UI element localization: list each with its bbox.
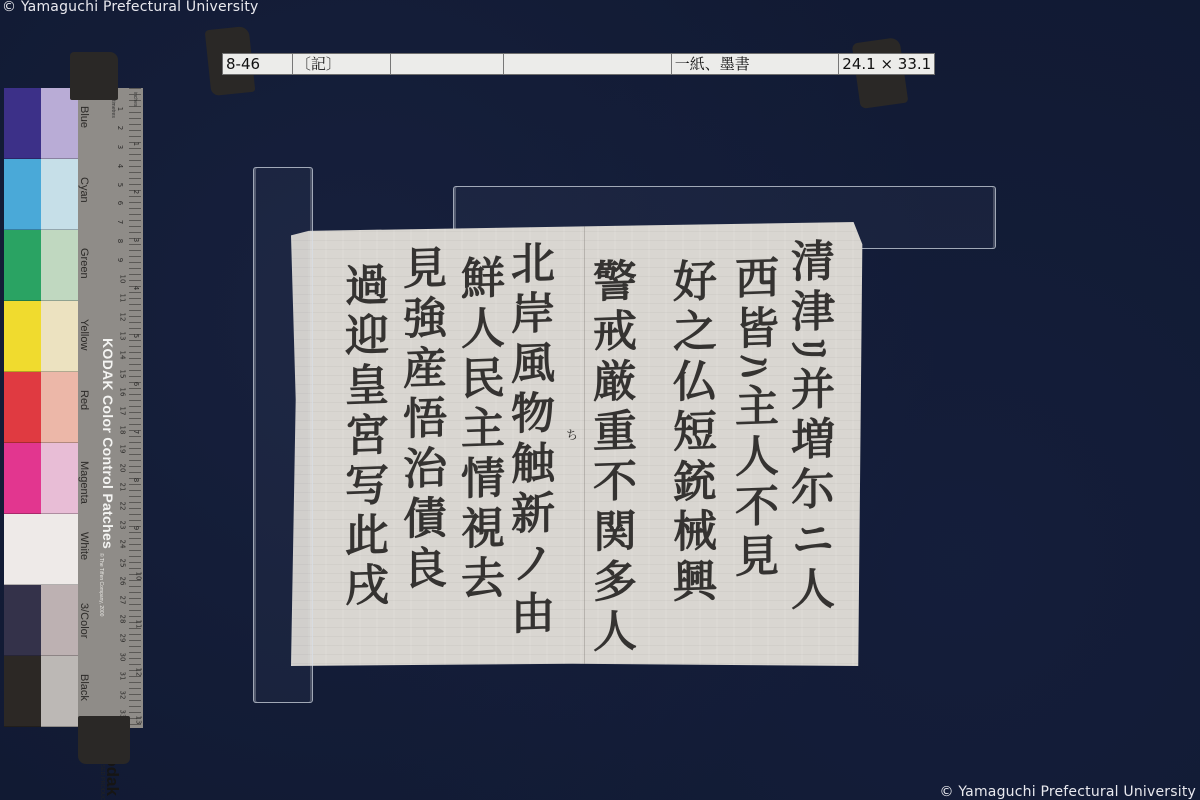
- color-patch-magenta-light: [41, 443, 78, 514]
- chart-title: KODAK Color Control Patches: [100, 338, 116, 549]
- ruler-cm-number: 4: [116, 163, 124, 167]
- ruler-cm-number: 23: [118, 520, 126, 529]
- color-patch-3-color-light: [41, 585, 78, 656]
- color-patch-green: [4, 230, 41, 301]
- color-name-label: White: [78, 532, 90, 560]
- ruler-inch-number: 3: [132, 238, 140, 242]
- ruler-inch-number: 12: [134, 668, 142, 677]
- color-name-label: Cyan: [78, 177, 90, 203]
- color-patch-green-light: [41, 230, 78, 301]
- ruler-inch-number: 10: [134, 572, 142, 581]
- ruler-cm-number: 21: [118, 482, 126, 491]
- color-patch-yellow: [4, 301, 41, 372]
- color-name-label: Red: [78, 390, 90, 410]
- ruler-cm-number: 32: [118, 690, 126, 699]
- calligraphy-column: 見強産悟治債良: [398, 244, 442, 596]
- ruler-cm-number: 30: [118, 653, 126, 662]
- calligraphy-column: 西皆ﾊ主人不見: [730, 254, 774, 584]
- ruler-inch-label: inches: [132, 92, 138, 106]
- ruler-cm-number: 6: [116, 201, 124, 205]
- ruler-cm-number: 5: [116, 182, 124, 186]
- ruler-inch-number: 9: [132, 526, 140, 530]
- ruler-inch-number: 5: [132, 334, 140, 338]
- color-patch-blue: [4, 88, 41, 159]
- color-patch-white: [4, 514, 41, 585]
- color-patches-dark: [4, 88, 41, 727]
- catalog-label-strip: 8-46 〔記〕 一紙、墨書 24.1 × 33.1: [222, 53, 935, 75]
- ruler-cm-number: 27: [118, 596, 126, 605]
- ruler-cm-number: 13: [118, 331, 126, 340]
- copyright-watermark-top: © Yamaguchi Prefectural University: [2, 0, 259, 15]
- color-patch-3-color: [4, 585, 41, 656]
- ruler-cm-number: 24: [118, 539, 126, 548]
- dimensions: 24.1 × 33.1: [839, 54, 934, 74]
- glass-weight-vertical: [253, 167, 313, 703]
- calligraphy-column: 過迎皇宮写此戌: [340, 261, 384, 613]
- calligraphy-column: 好之仏短銃械興: [668, 257, 712, 609]
- ruler-inch-number: 1: [132, 142, 140, 146]
- color-patch-red: [4, 372, 41, 443]
- calligraphy-column: 鮮人民主情視去: [456, 254, 500, 606]
- ruler-cm-number: 29: [118, 634, 126, 643]
- ruler-cm-number: 2: [116, 126, 124, 130]
- ruler-cm-number: 3: [116, 144, 124, 148]
- color-patch-black: [4, 656, 41, 727]
- document-type: 〔記〕: [293, 54, 391, 74]
- ruler-inch-number: 6: [132, 382, 140, 386]
- label-blank-cell: [391, 54, 505, 74]
- color-patch-cyan: [4, 159, 41, 230]
- color-name-label: 3/Color: [78, 603, 90, 638]
- color-patch-cyan-light: [41, 159, 78, 230]
- ruler-cm-number: 11: [118, 293, 126, 302]
- marginal-note: ち: [566, 426, 578, 443]
- ruler-inch-number: 8: [132, 478, 140, 482]
- masking-tape: [78, 716, 130, 764]
- color-patches-light: [41, 88, 78, 727]
- ruler-cm-number: 28: [118, 615, 126, 624]
- ruler-cm-number: 19: [118, 445, 126, 454]
- color-patch-black-light: [41, 656, 78, 727]
- ruler-cm-number: 17: [118, 407, 126, 416]
- ruler-inch-number: 11: [134, 620, 142, 629]
- ruler-inch-number: 4: [132, 286, 140, 290]
- label-blank-cell: [504, 54, 672, 74]
- ruler-cm-number: 22: [118, 501, 126, 510]
- calligraphy-column: 清津ﾘ并増尓ニ人: [786, 237, 830, 617]
- ruler-cm-number: 7: [116, 220, 124, 224]
- color-name-label: Magenta: [78, 461, 90, 504]
- ruler-cm-number: 8: [116, 239, 124, 243]
- color-patch-magenta: [4, 443, 41, 514]
- ruler-cm-number: 12: [118, 312, 126, 321]
- ruler-cm-number: 20: [118, 464, 126, 473]
- ruler-cm-number: 14: [118, 350, 126, 359]
- ruler-cm-number: 15: [118, 369, 126, 378]
- ruler-cm-number: 26: [118, 577, 126, 586]
- ruler-cm-number: 25: [118, 558, 126, 567]
- color-patch-white-light: [41, 514, 78, 585]
- ruler-inch-number: 7: [132, 430, 140, 434]
- ruler-cm-number: 18: [118, 426, 126, 435]
- ruler-cm-number: 31: [118, 671, 126, 680]
- color-patch-yellow-light: [41, 301, 78, 372]
- ruler-cm-number: 10: [118, 275, 126, 284]
- color-name-label: Green: [78, 248, 90, 279]
- calligraphy-column: 北岸風物触新ノ由: [506, 239, 550, 641]
- color-name-label: Blue: [78, 106, 90, 128]
- material-description: 一紙、墨書: [672, 54, 840, 74]
- kodak-color-control-chart: 1234567891011121314151617181920212223242…: [4, 88, 142, 728]
- copyright-watermark-bottom: © Yamaguchi Prefectural University: [940, 784, 1197, 800]
- masking-tape: [70, 52, 118, 100]
- color-name-label: Black: [78, 674, 90, 701]
- color-name-label: Yellow: [78, 319, 90, 350]
- ruler-cm-number: 1: [116, 107, 124, 111]
- ruler-cm-number: 16: [118, 388, 126, 397]
- ruler-inch-number: 13: [134, 716, 142, 725]
- ruler-cm-number: 9: [116, 258, 124, 262]
- catalog-number: 8-46: [223, 54, 293, 74]
- color-patch-red-light: [41, 372, 78, 443]
- ruler-inch-number: 2: [132, 190, 140, 194]
- calligraphy-column: 警戒厳重不関多人: [588, 257, 632, 659]
- chart-copyright: © The Tiffen Company, 2000: [98, 553, 104, 616]
